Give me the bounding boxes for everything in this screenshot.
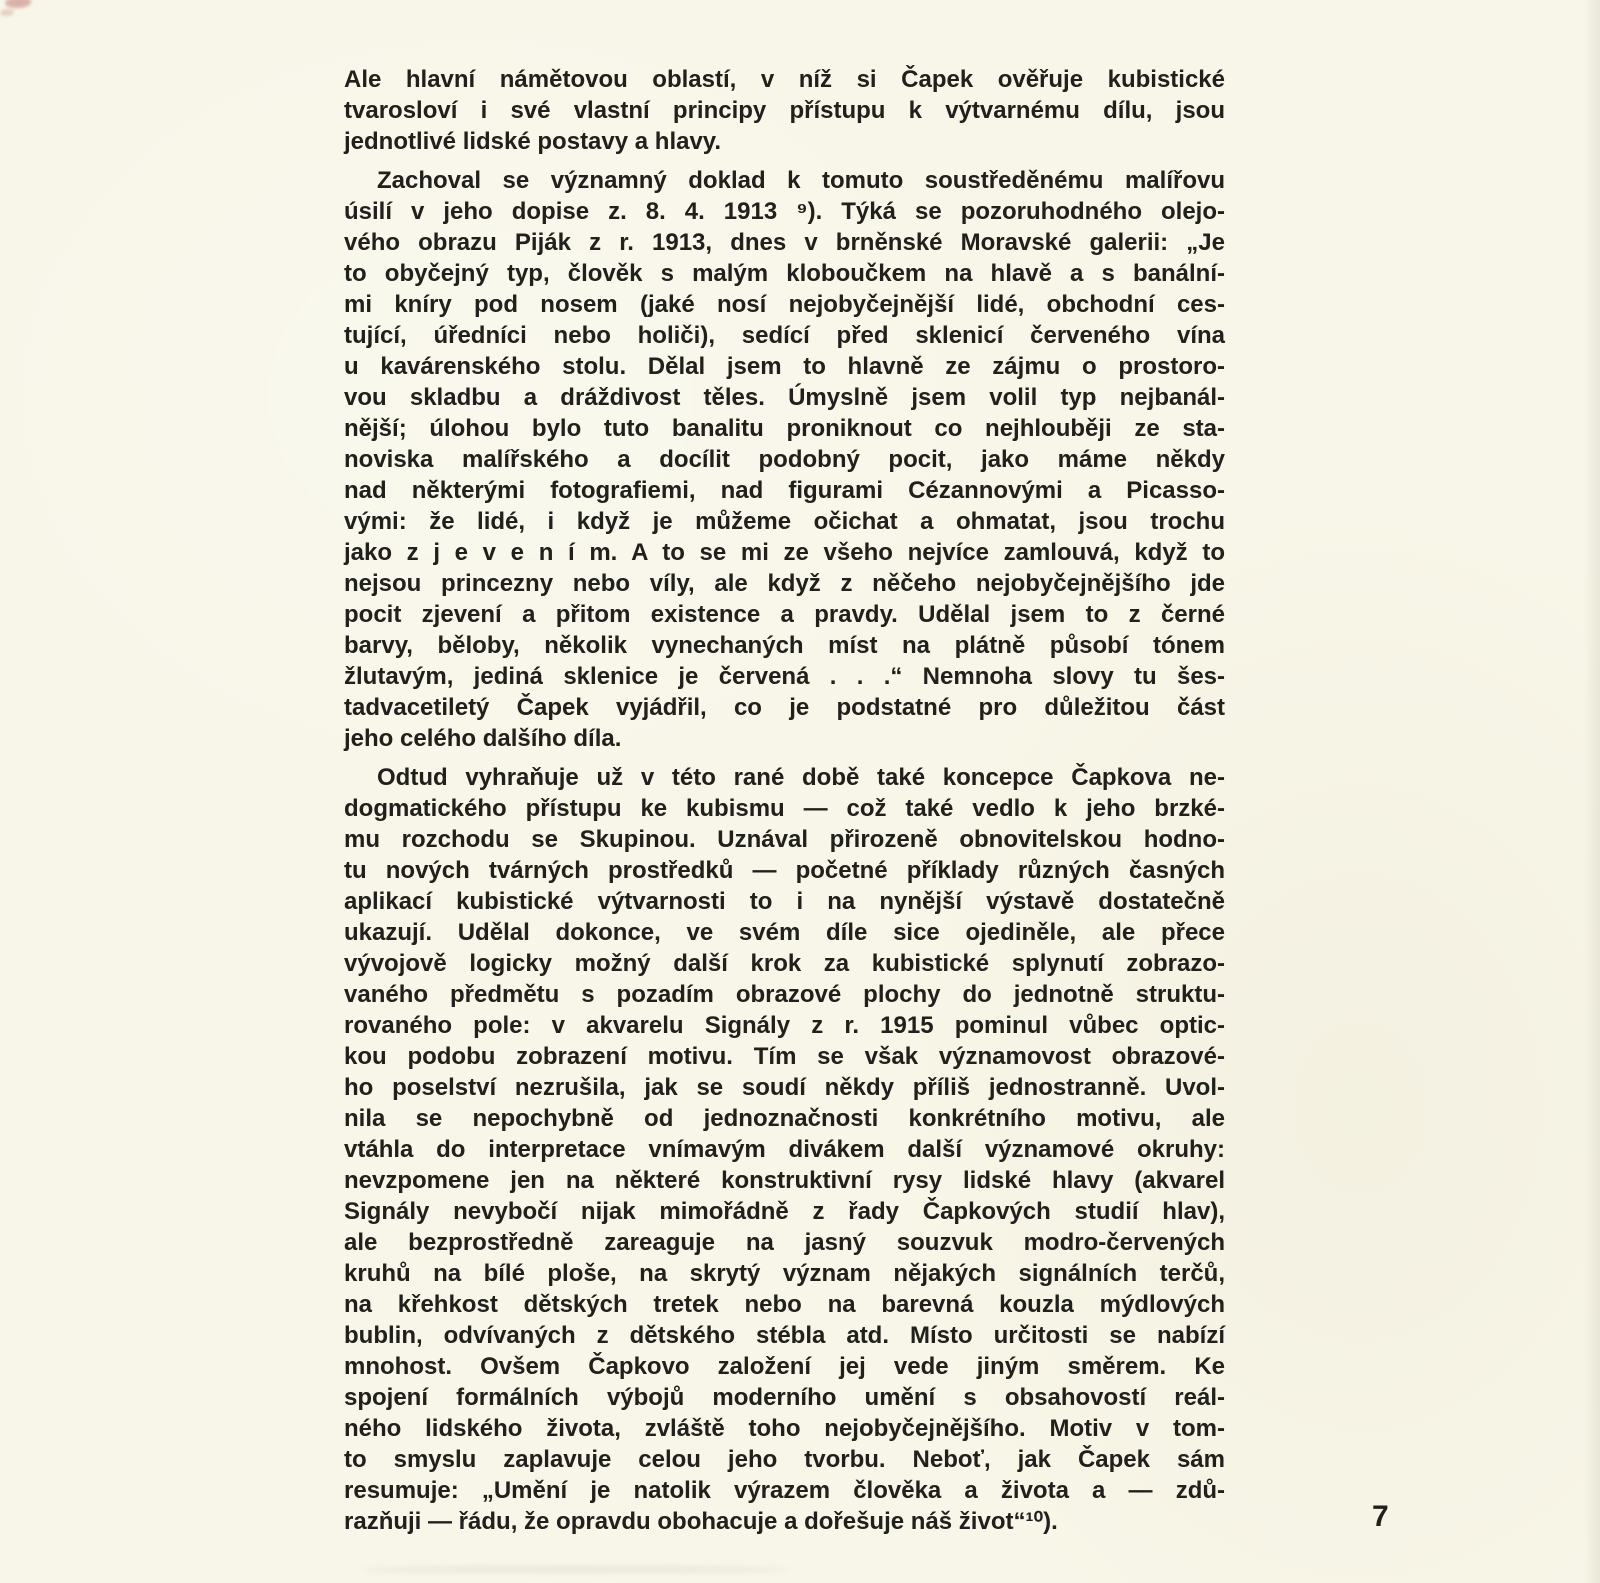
page-edge-shadow [1584, 0, 1600, 1583]
page-number: 7 [1372, 1501, 1389, 1532]
text-line: bublin, odvívaných z dětského stébla atd… [344, 1320, 1225, 1351]
text-line: ného lidského života, zvláště toho nejob… [344, 1413, 1225, 1444]
text-line: noviska malířského a docílit podobný poc… [344, 444, 1225, 475]
text-line: vtáhla do interpretace vnímavým divákem … [344, 1134, 1225, 1165]
text-line: vývojově logicky možný další krok za kub… [344, 948, 1225, 979]
paragraph: Odtud vyhraňuje už v této rané době také… [344, 762, 1225, 1537]
scan-streak [360, 1566, 790, 1573]
text-line: rovaného pole: v akvarelu Signály z r. 1… [344, 1010, 1225, 1041]
page-text: Ale hlavní námětovou oblastí, v níž si Č… [344, 64, 1225, 1537]
text-line: nejsou princezny nebo víly, ale když z n… [344, 568, 1225, 599]
text-line: vého obrazu Piják z r. 1913, dnes v brně… [344, 227, 1225, 258]
text-line: nevzpomene jen na některé konstruktivní … [344, 1165, 1225, 1196]
text-line: na křehkost dětských tretek nebo na bare… [344, 1289, 1225, 1320]
text-line: úsilí v jeho dopise z. 8. 4. 1913 ⁹). Tý… [344, 196, 1225, 227]
text-line: kou podobu zobrazení motivu. Tím se však… [344, 1041, 1225, 1072]
text-line: mu rozchodu se Skupinou. Uznával přiroze… [344, 824, 1225, 855]
text-line: mnohost. Ovšem Čapkovo založení jej vede… [344, 1351, 1225, 1382]
text-line: vou skladbu a dráždivost těles. Úmyslně … [344, 382, 1225, 413]
text-line: barvy, běloby, několik vynechaných míst … [344, 630, 1225, 661]
text-line: nad některými fotografiemi, nad figurami… [344, 475, 1225, 506]
text-line: nila se nepochybně od jednoznačnosti kon… [344, 1103, 1225, 1134]
text-line: tu nových tvárných prostředků — početné … [344, 855, 1225, 886]
text-line: tvarosloví i své vlastní principy přístu… [344, 95, 1225, 126]
text-line: spojení formálních výbojů moderního uměn… [344, 1382, 1225, 1413]
text-line: Ale hlavní námětovou oblastí, v níž si Č… [344, 64, 1225, 95]
text-line: jako z j e v e n í m. A to se mi ze všeh… [344, 537, 1225, 568]
text-line: žlutavým, jediná sklenice je červená . .… [344, 661, 1225, 692]
text-line: dogmatického přístupu ke kubismu — což t… [344, 793, 1225, 824]
text-line: resumuje: „Umění je natolik výrazem člov… [344, 1475, 1225, 1506]
text-line: ho poselství nezrušila, jak se soudí něk… [344, 1072, 1225, 1103]
paragraph: Ale hlavní námětovou oblastí, v níž si Č… [344, 64, 1225, 157]
text-line: ukazují. Udělal dokonce, ve svém díle si… [344, 917, 1225, 948]
text-line: mi kníry pod nosem (jaké nosí nejobyčejn… [344, 289, 1225, 320]
text-line: aplikací kubistické výtvarnosti to i na … [344, 886, 1225, 917]
text-line: to obyčejný typ, člověk s malým kloboučk… [344, 258, 1225, 289]
text-line: nější; úlohou bylo tuto banalitu pronikn… [344, 413, 1225, 444]
text-line: jednotlivé lidské postavy a hlavy. [344, 126, 1225, 157]
text-line: vaného předmětu s pozadím obrazové ploch… [344, 979, 1225, 1010]
text-line: kruhů na bílé ploše, na skrytý význam ně… [344, 1258, 1225, 1289]
text-line: u kavárenského stolu. Dělal jsem to hlav… [344, 351, 1225, 382]
paragraph: Zachoval se významný doklad k tomuto sou… [344, 165, 1225, 754]
text-line: Odtud vyhraňuje už v této rané době také… [344, 762, 1225, 793]
text-line: to smyslu zaplavuje celou jeho tvorbu. N… [344, 1444, 1225, 1475]
text-line: tující, úředníci nebo holiči), sedící př… [344, 320, 1225, 351]
text-line: vými: že lidé, i když je můžeme očichat … [344, 506, 1225, 537]
book-page: Ale hlavní námětovou oblastí, v níž si Č… [0, 0, 1600, 1583]
text-line: Zachoval se významný doklad k tomuto sou… [344, 165, 1225, 196]
ink-smudge [0, 9, 14, 16]
text-line: ale bezprostředně zareaguje na jasný sou… [344, 1227, 1225, 1258]
ink-smudge [5, 0, 31, 8]
text-line: jeho celého dalšího díla. [344, 723, 1225, 754]
text-line: razňuji — řádu, že opravdu obohacuje a d… [344, 1506, 1225, 1537]
text-line: pocit zjevení a přitom existence a pravd… [344, 599, 1225, 630]
text-line: tadvacetiletý Čapek vyjádřil, co je pods… [344, 692, 1225, 723]
text-line: Signály nevybočí nijak mimořádně z řady … [344, 1196, 1225, 1227]
